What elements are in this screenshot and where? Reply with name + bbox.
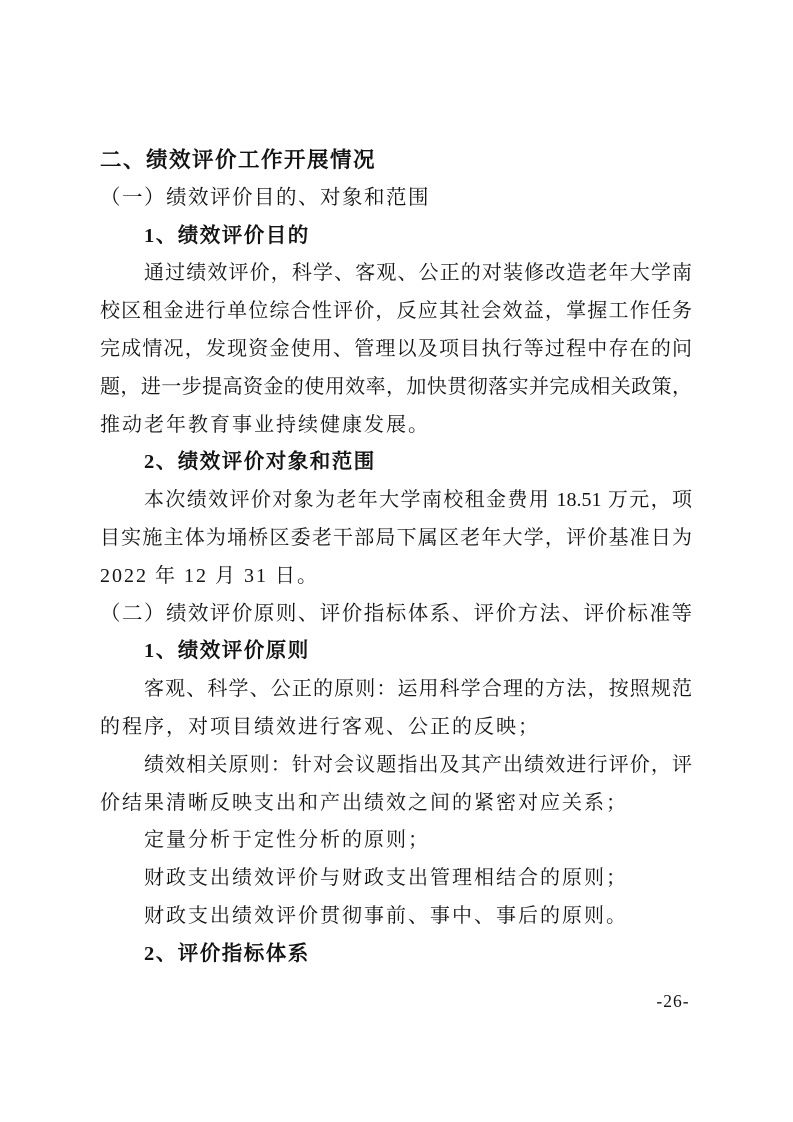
page-number: -26- bbox=[642, 991, 704, 1012]
paragraph-line: 推动老年教育事业持续健康发展。 bbox=[100, 407, 692, 445]
paragraph-line: 绩效相关原则：针对会议题指出及其产出绩效进行评价，评 bbox=[100, 747, 692, 785]
numbered-heading-indicators: 2、评价指标体系 bbox=[100, 936, 692, 974]
paragraph-line: 目实施主体为埇桥区委老干部局下属区老年大学，评价基准日为 bbox=[100, 520, 692, 558]
subsection-heading-2: （二）绩效评价原则、评价指标体系、评价方法、评价标准等 bbox=[100, 596, 692, 634]
paragraph-line: 价结果清晰反映支出和产出绩效之间的紧密对应关系； bbox=[100, 785, 692, 823]
paragraph-line: 通过绩效评价，科学、客观、公正的对装修改造老年大学南 bbox=[100, 255, 692, 293]
subsection-heading-1: （一）绩效评价目的、对象和范围 bbox=[100, 180, 692, 218]
numbered-heading-scope: 2、绩效评价对象和范围 bbox=[100, 444, 692, 482]
paragraph-line: 本次绩效评价对象为老年大学南校租金费用 18.51 万元，项 bbox=[100, 482, 692, 520]
document-page: 二、绩效评价工作开展情况 （一）绩效评价目的、对象和范围 1、绩效评价目的 通过… bbox=[0, 0, 793, 1122]
paragraph-line: 财政支出绩效评价与财政支出管理相结合的原则； bbox=[100, 860, 692, 898]
section-heading-2: 二、绩效评价工作开展情况 bbox=[100, 142, 692, 180]
paragraph-line: 校区租金进行单位综合性评价，反应其社会效益，掌握工作任务 bbox=[100, 293, 692, 331]
paragraph-line: 2022 年 12 月 31 日。 bbox=[100, 558, 692, 596]
paragraph-line: 的程序，对项目绩效进行客观、公正的反映； bbox=[100, 709, 692, 747]
paragraph-line: 完成情况，发现资金使用、管理以及项目执行等过程中存在的问 bbox=[100, 331, 692, 369]
paragraph-line: 财政支出绩效评价贯彻事前、事中、事后的原则。 bbox=[100, 898, 692, 936]
paragraph-line: 定量分析于定性分析的原则； bbox=[100, 822, 692, 860]
numbered-heading-principles: 1、绩效评价原则 bbox=[100, 633, 692, 671]
numbered-heading-purpose: 1、绩效评价目的 bbox=[100, 218, 692, 256]
paragraph-line: 题，进一步提高资金的使用效率，加快贯彻落实并完成相关政策， bbox=[100, 369, 692, 407]
document-body: 二、绩效评价工作开展情况 （一）绩效评价目的、对象和范围 1、绩效评价目的 通过… bbox=[100, 142, 692, 974]
paragraph-line: 客观、科学、公正的原则：运用科学合理的方法，按照规范 bbox=[100, 671, 692, 709]
